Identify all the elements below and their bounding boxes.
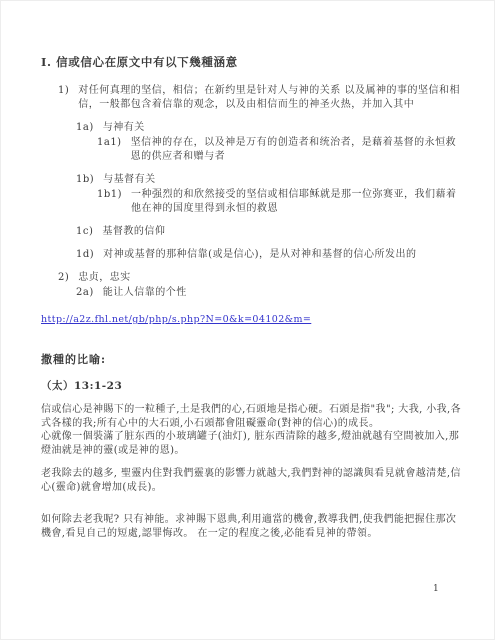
parable-paragraph: 老我除去的越多, 聖靈内住對我們靈裏的影響力就越大,我們對神的認識與看見就會越清… bbox=[41, 467, 466, 494]
document-page: I. 信或信心在原文中有以下幾種涵意 1) 对任何真理的坚信，相信；在新约里是针… bbox=[0, 0, 495, 640]
outline-text: 对任何真理的坚信，相信；在新约里是针对人与神的关系 以及属神的事的坚信和相信，一… bbox=[78, 84, 464, 112]
outline-label: 1b) bbox=[76, 173, 94, 187]
outline-label: 2a) bbox=[76, 286, 94, 300]
outline-item-1d: 1d) 对神或基督的那种信靠(或是信心)，是从对神和基督的信心所发出的 bbox=[41, 248, 464, 262]
page-number: 1 bbox=[433, 584, 439, 594]
outline-label: 1d) bbox=[76, 248, 94, 262]
outline-label: 1b1) bbox=[97, 188, 122, 216]
outline-item-2a: 2a) 能让人信靠的个性 bbox=[41, 286, 464, 300]
outline-text: 忠贞，忠实 bbox=[78, 271, 131, 285]
outline-label: 1a1) bbox=[97, 136, 122, 164]
parable-paragraph: 信或信心是神賜下的一粒種子,土是我們的心,石頭地是指心硬。石頭是指"我"; 大我… bbox=[41, 403, 466, 430]
outline-text: 与基督有关 bbox=[103, 173, 156, 187]
page-title: I. 信或信心在原文中有以下幾種涵意 bbox=[41, 55, 464, 69]
outline-text: 能让人信靠的个性 bbox=[103, 286, 187, 300]
outline-text: 基督教的信仰 bbox=[102, 225, 165, 239]
parable-paragraph: 心就像一個裝滿了脏东西的小玻璃罐子(油灯), 脏东西清除的越多,燈油就越有空間被… bbox=[41, 430, 466, 457]
verse-reference: （太）13:1-23 bbox=[41, 379, 464, 393]
outline-label: 2) bbox=[58, 271, 69, 285]
outline-label: 1c) bbox=[76, 225, 93, 239]
outline-item-1b: 1b) 与基督有关 bbox=[41, 173, 464, 187]
parable-paragraph: 如何除去老我呢? 只有神能。求神賜下恩典,利用適當的機會,教導我們,使我們能把握… bbox=[41, 513, 466, 540]
outline-text: 一种强烈的和欣然接受的坚信或相信耶稣就是那一位弥赛亚，我们藉着他在神的国度里得到… bbox=[131, 188, 464, 216]
outline-text: 坚信神的存在，以及神是万有的创造者和统治者，是藉着基督的永恒救恩的供应者和赠与者 bbox=[131, 136, 464, 164]
parable-heading: 撒種的比喻: bbox=[41, 353, 464, 367]
outline-item-2: 2) 忠贞，忠实 bbox=[41, 271, 464, 285]
reference-link[interactable]: http://a2z.fhl.net/gb/php/s.php?N=0&k=04… bbox=[41, 314, 311, 325]
outline-item-1a1: 1a1) 坚信神的存在，以及神是万有的创造者和统治者，是藉着基督的永恒救恩的供应… bbox=[41, 136, 464, 164]
outline-text: 与神有关 bbox=[103, 121, 145, 135]
outline-label: 1) bbox=[58, 84, 69, 112]
outline-item-1: 1) 对任何真理的坚信，相信；在新约里是针对人与神的关系 以及属神的事的坚信和相… bbox=[41, 84, 464, 112]
outline-label: 1a) bbox=[76, 121, 94, 135]
outline-item-1c: 1c) 基督教的信仰 bbox=[41, 225, 464, 239]
outline-item-1b1: 1b1) 一种强烈的和欣然接受的坚信或相信耶稣就是那一位弥赛亚，我们藉着他在神的… bbox=[41, 188, 464, 216]
outline-text: 对神或基督的那种信靠(或是信心)，是从对神和基督的信心所发出的 bbox=[103, 248, 416, 262]
outline-item-1a: 1a) 与神有关 bbox=[41, 121, 464, 135]
